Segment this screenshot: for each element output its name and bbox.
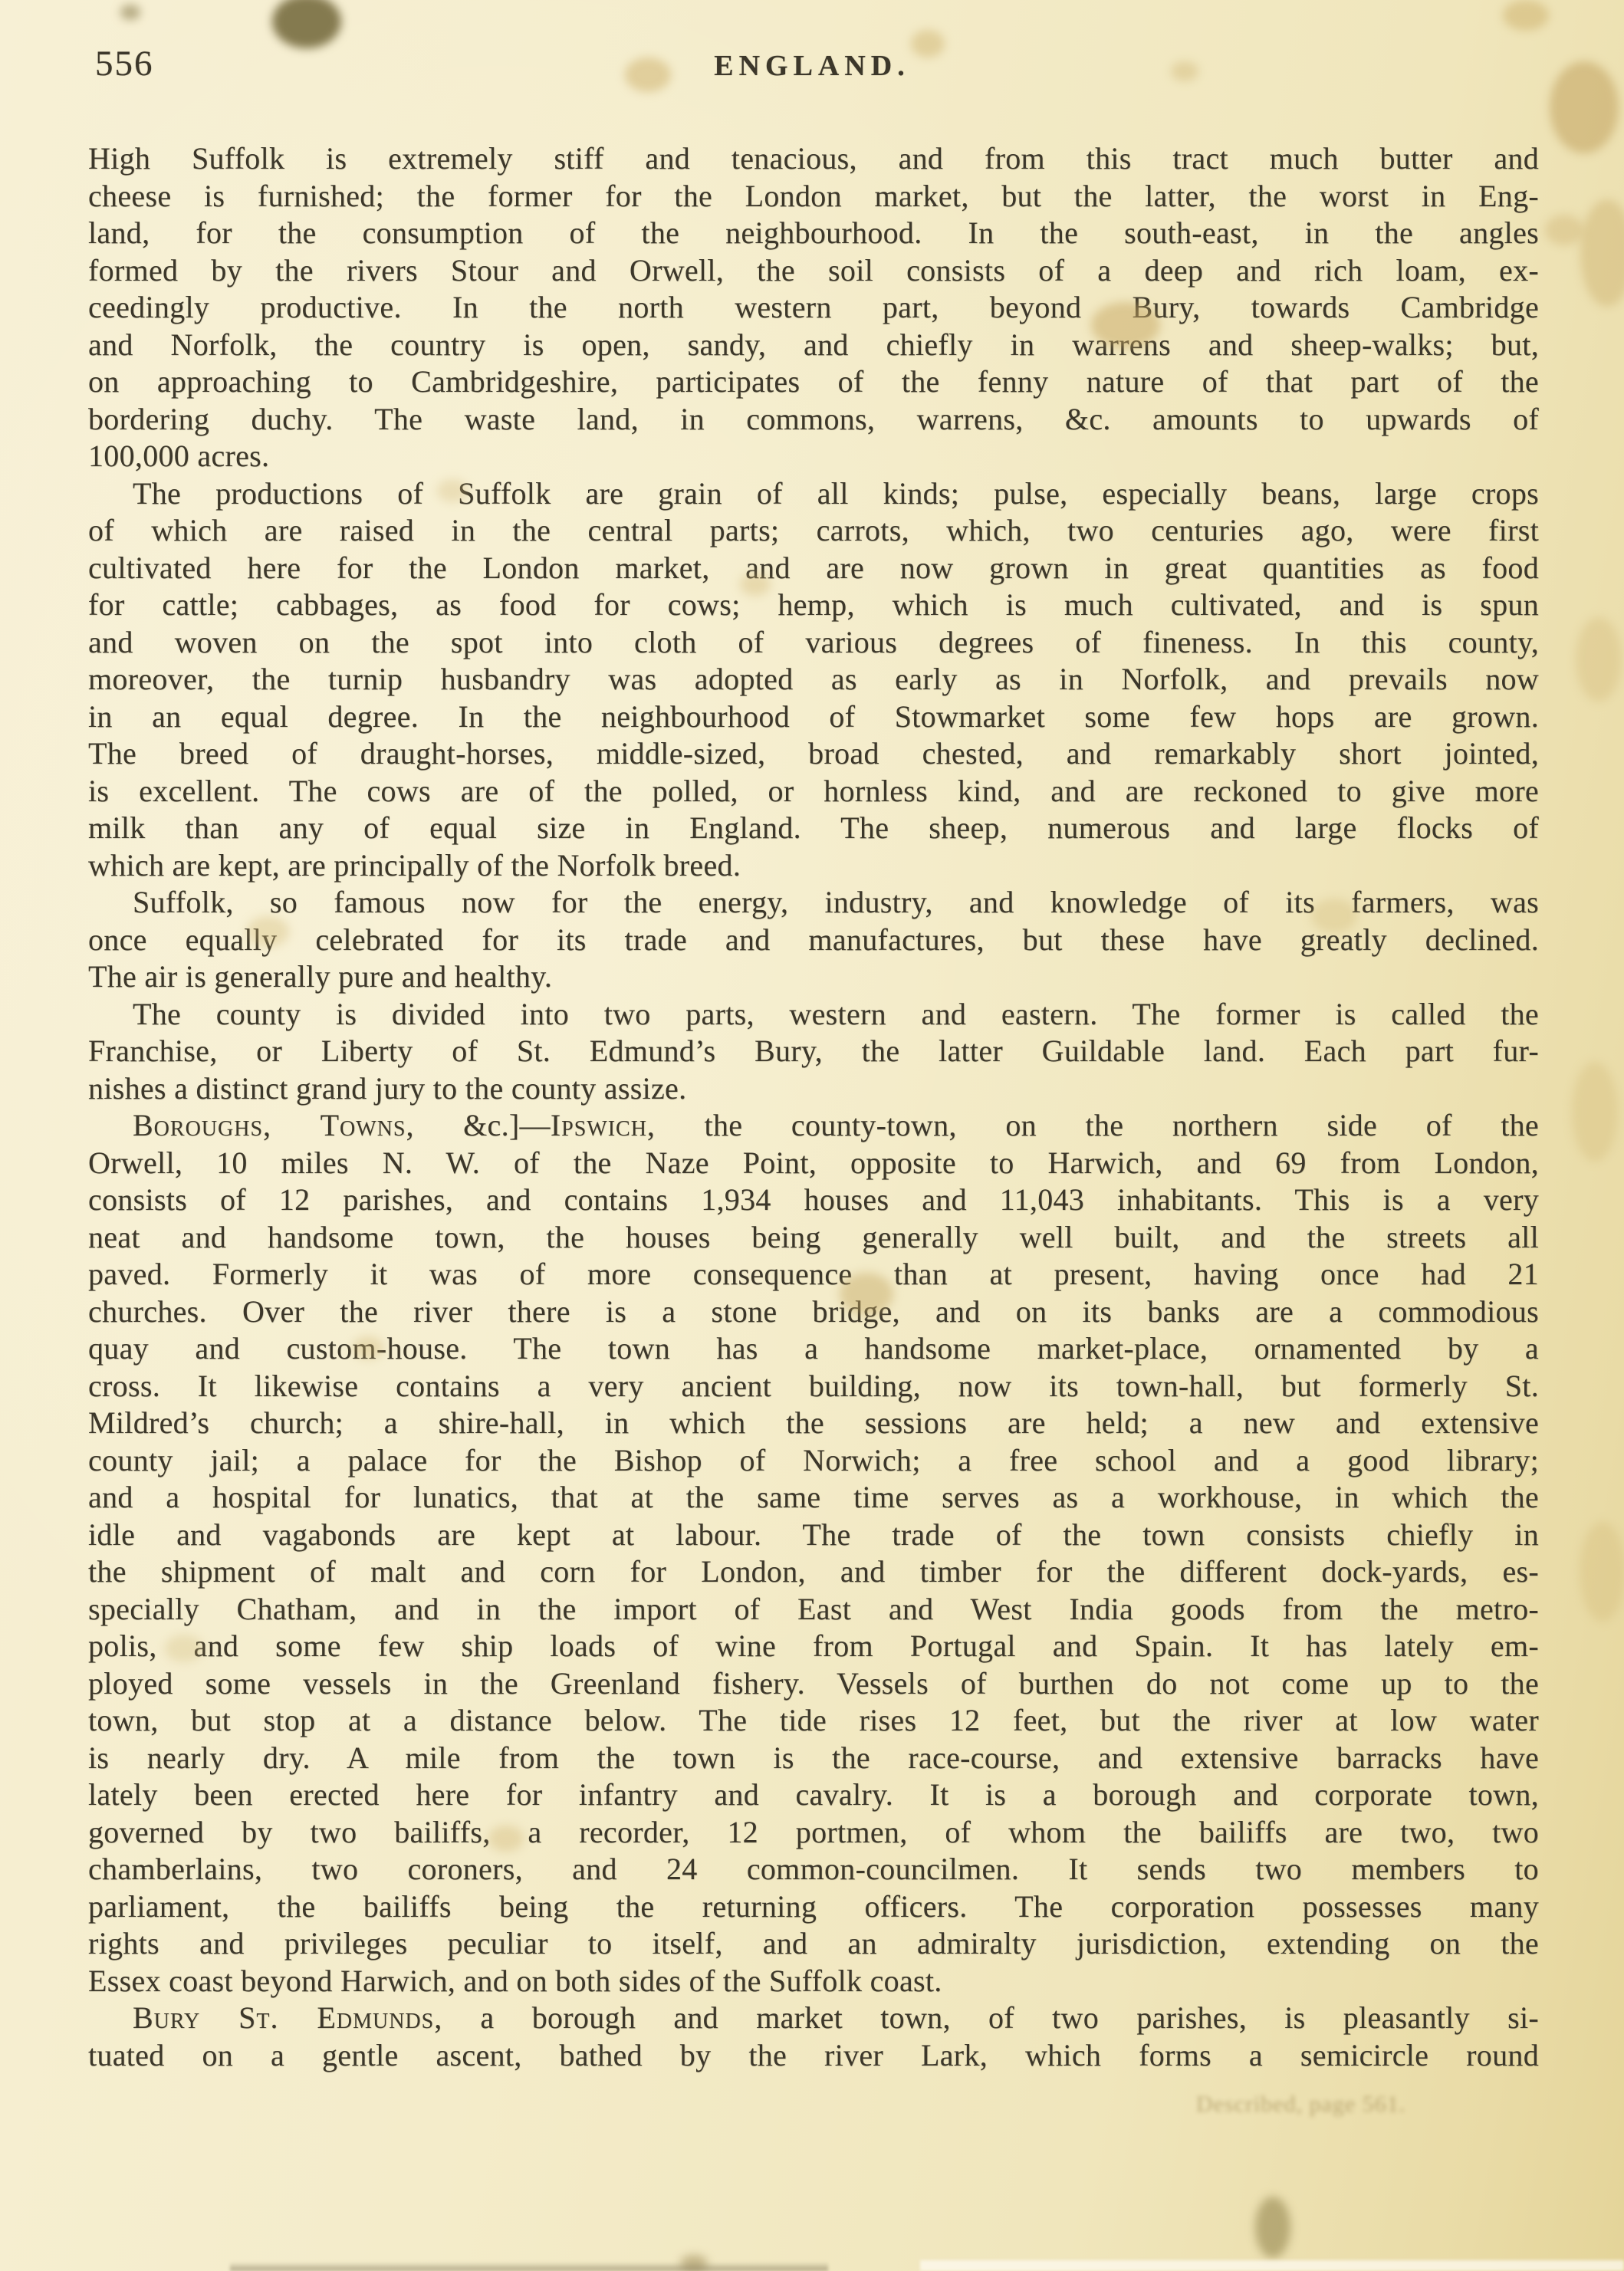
text-line: governed by two bailiffs, a recorder, 12…	[88, 1814, 1539, 1852]
text-line: lately been erected here for infantry an…	[88, 1776, 1539, 1814]
text-line: and woven on the spot into cloth of vari…	[88, 624, 1539, 662]
page-text: High Suffolk is extremely stiff and tena…	[88, 140, 1539, 2074]
text-line: for cattle; cabbages, as food for cows; …	[88, 587, 1539, 624]
text-line: The air is generally pure and healthy.	[88, 958, 1539, 996]
paper-stain	[680, 2255, 708, 2271]
text-line: churches. Over the river there is a ston…	[88, 1293, 1539, 1331]
text-line: Franchise, or Liberty of St. Edmund’s Bu…	[88, 1033, 1539, 1070]
text-line: the shipment of malt and corn for London…	[88, 1553, 1539, 1591]
text-line: of which are raised in the central parts…	[88, 512, 1539, 550]
text-line: Bury St. Edmunds, a borough and market t…	[88, 2000, 1539, 2037]
text-line: The productions of Suffolk are grain of …	[88, 475, 1539, 513]
text-line: ceedingly productive. In the north weste…	[88, 289, 1539, 327]
text-line: consists of 12 parishes, and contains 1,…	[88, 1182, 1539, 1219]
paper-stain	[1572, 1062, 1618, 1162]
text-line: Suffolk, so famous now for the energy, i…	[88, 884, 1539, 922]
text-segment: &c.]—	[415, 1108, 551, 1142]
paper-stain	[1580, 1522, 1624, 1622]
text-line: town, but stop at a distance below. The …	[88, 1702, 1539, 1740]
small-caps-text: Ipswich,	[551, 1108, 656, 1142]
running-header: ENGLAND.	[0, 49, 1624, 83]
text-segment: a borough and market town, of two parish…	[442, 2000, 1539, 2035]
text-line: nishes a distinct grand jury to the coun…	[88, 1070, 1539, 1108]
text-line: The breed of draught-horses, middle-size…	[88, 735, 1539, 773]
text-line: High Suffolk is extremely stiff and tena…	[88, 140, 1539, 178]
text-line: cheese is furnished; the former for the …	[88, 178, 1539, 215]
scan-edge-highlight	[920, 2260, 1624, 2271]
text-line: and Norfolk, the country is open, sandy,…	[88, 327, 1539, 364]
text-line: cross. It likewise contains a very ancie…	[88, 1368, 1539, 1405]
text-line: The county is divided into two parts, we…	[88, 996, 1539, 1034]
paper-stain	[1580, 199, 1624, 307]
text-line: rights and privileges peculiar to itself…	[88, 1925, 1539, 1963]
text-line: parliament, the bailiffs being the retur…	[88, 1888, 1539, 1926]
text-line: is excellent. The cows are of the polled…	[88, 773, 1539, 810]
text-line: land, for the consumption of the neighbo…	[88, 215, 1539, 252]
text-line: ployed some vessels in the Greenland fis…	[88, 1665, 1539, 1703]
text-line: bordering duchy. The waste land, in comm…	[88, 401, 1539, 439]
text-line: in an equal degree. In the neighbourhood…	[88, 698, 1539, 736]
small-caps-text: Boroughs, Towns,	[133, 1108, 415, 1142]
paper-stain	[1545, 215, 1583, 245]
text-line: polis, and some few ship loads of wine f…	[88, 1628, 1539, 1665]
text-line: county jail; a palace for the Bishop of …	[88, 1442, 1539, 1480]
text-line: idle and vagabonds are kept at labour. T…	[88, 1517, 1539, 1554]
text-line: is nearly dry. A mile from the town is t…	[88, 1740, 1539, 1777]
text-line: Orwell, 10 miles N. W. of the Naze Point…	[88, 1145, 1539, 1182]
text-line: paved. Formerly it was of more consequen…	[88, 1256, 1539, 1293]
text-line: 100,000 acres.	[88, 438, 1539, 475]
paper-stain	[272, 0, 341, 48]
paper-stain	[1576, 617, 1622, 702]
text-line: formed by the rivers Stour and Orwell, t…	[88, 252, 1539, 290]
small-caps-text: Bury St. Edmunds,	[133, 2000, 442, 2035]
text-segment: the county-town, on the northern side of…	[656, 1108, 1539, 1142]
text-line: Mildred’s church; a shire-hall, in which…	[88, 1405, 1539, 1442]
text-line: moreover, the turnip husbandry was adopt…	[88, 661, 1539, 698]
text-line: on approaching to Cambridgeshire, partic…	[88, 363, 1539, 401]
book-page: 556 ENGLAND. High Suffolk is extremely s…	[0, 0, 1624, 2271]
text-line: which are kept, are principally of the N…	[88, 847, 1539, 885]
text-line: and a hospital for lunatics, that at the…	[88, 1479, 1539, 1517]
text-line: neat and handsome town, the houses being…	[88, 1219, 1539, 1257]
text-line: tuated on a gentle ascent, bathed by the…	[88, 2037, 1539, 2075]
text-line: chamberlains, two coroners, and 24 commo…	[88, 1851, 1539, 1888]
text-line: Boroughs, Towns, &c.]—Ipswich, the count…	[88, 1107, 1539, 1145]
text-line: milk than any of equal size in England. …	[88, 810, 1539, 847]
text-line: quay and custom-house. The town has a ha…	[88, 1330, 1539, 1368]
text-line: specially Chatham, and in the import of …	[88, 1591, 1539, 1628]
scan-edge-shadow	[230, 2262, 828, 2271]
text-line: Essex coast beyond Harwich, and on both …	[88, 1963, 1539, 2000]
paper-stain	[1255, 2197, 1290, 2258]
text-line: once equally celebrated for its trade an…	[88, 922, 1539, 959]
show-through-text: Described, page 561.	[1196, 2092, 1526, 2118]
page-header: 556 ENGLAND.	[0, 43, 1624, 97]
paper-stain	[120, 5, 140, 20]
text-line: cultivated here for the London market, a…	[88, 550, 1539, 587]
paper-stain	[1503, 0, 1549, 31]
